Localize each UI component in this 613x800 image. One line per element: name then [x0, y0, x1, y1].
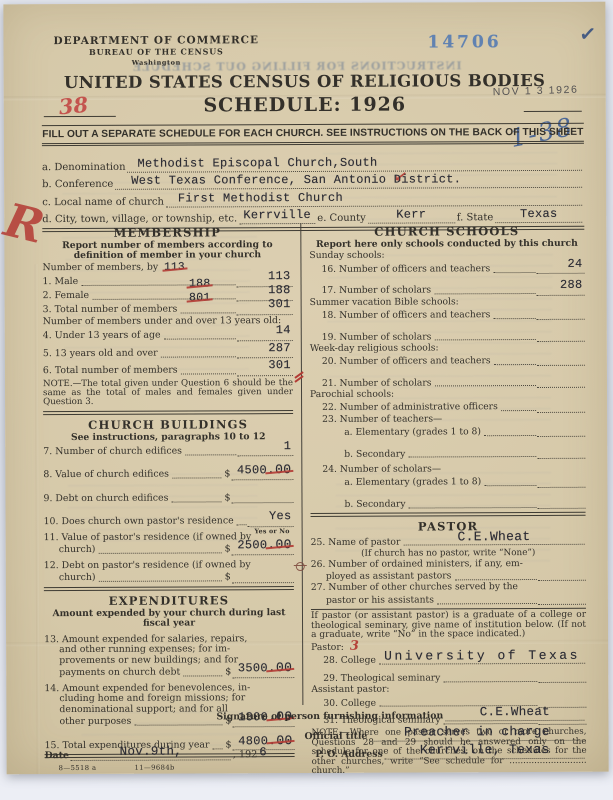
typed-value: First Methodist Church	[178, 190, 343, 205]
row-label: 21. Number of scholars	[322, 378, 432, 389]
form-line: Parochial schools:	[310, 389, 585, 400]
row-label: Sunday schools:	[309, 250, 384, 261]
answer-space: 2500.00	[232, 544, 294, 555]
field-label: c. Local name of church	[42, 196, 164, 208]
form-question: 11. Value of pastor's residence (if owne…	[44, 532, 294, 556]
serial-number-stamp: 14706	[427, 32, 501, 52]
typed-value: 188	[268, 284, 291, 296]
typed-value-main: 3500	[238, 661, 268, 675]
dotted-answer-line: Methodist Episcopal Church,South	[127, 156, 582, 172]
dotted-leader: C.E.Wheat	[403, 534, 584, 546]
answer-space	[231, 492, 293, 503]
section-subtitle: Amount expended by your church during la…	[44, 608, 294, 630]
row-label: payments on church debt	[44, 668, 180, 679]
census-schedule-paper: INSTRUCTIONS FOR FILLING OUT SCHEDULE DE…	[3, 2, 608, 775]
row-label: 16. Number of officers and teachers	[321, 264, 490, 275]
blue-checkmark-icon: ✓	[578, 21, 597, 47]
answer-space	[538, 594, 586, 605]
dotted-leader	[163, 328, 235, 339]
answer-space	[538, 672, 586, 683]
typed-value: Preacher in charge	[369, 724, 584, 740]
form-line: Number of members under and over 13 year…	[43, 316, 293, 328]
form-question: 3. Total number of members301801	[43, 302, 293, 316]
struck-cents: .00	[268, 663, 292, 674]
dollar-sign: $	[225, 667, 231, 678]
form-question: a. Elementary (grades 1 to 8)	[310, 425, 585, 439]
typed-value: Kerrville	[239, 208, 315, 222]
form-question: 27. Number of other churches served by t…	[311, 582, 586, 606]
form-question: 13. Amount expended for salaries, repair…	[44, 634, 294, 679]
typed-value-main: 288	[560, 278, 583, 292]
section-title: EXPENDITURES	[44, 593, 294, 608]
red-handwritten-number: 3	[350, 639, 359, 654]
answer-space: 288	[537, 284, 585, 295]
typed-value: Kerr	[368, 207, 455, 221]
form-question: 22. Number of administrative officers	[310, 400, 585, 414]
form-question: 28. CollegeUniversity of Texas	[311, 653, 586, 667]
hint-text: (If church has no pastor, write “None”)	[311, 547, 586, 558]
section-subtitle: Report number of members according to de…	[42, 240, 292, 262]
answer-space: 14	[237, 330, 293, 341]
row-label: Number of members, by	[42, 262, 158, 274]
row-label: Number of members under and over 13 year…	[43, 315, 281, 327]
double-rule	[43, 410, 293, 415]
typed-value-main: 287	[268, 341, 291, 355]
agency-block: DEPARTMENT OF COMMERCE BUREAU OF THE CEN…	[53, 35, 259, 69]
dotted-leader	[408, 497, 536, 509]
instruction-banner: FILL OUT A SEPARATE SCHEDULE FOR EACH CH…	[42, 123, 584, 144]
typed-value: 4500.00	[237, 465, 291, 476]
row-label: Assistant pastor:	[311, 684, 389, 695]
typed-value: Yes	[269, 510, 292, 522]
typed-value: 301	[268, 359, 291, 371]
form-line: Week-day religious schools:	[310, 342, 585, 353]
row-label: 18. Number of officers and teachers	[322, 310, 491, 321]
dotted-leader	[484, 475, 536, 486]
field-label: b. Conference	[42, 179, 113, 190]
typed-value: 24	[567, 258, 582, 269]
form-row: a. Denomination Methodist Episcopal Chur…	[42, 157, 584, 172]
answer-space	[537, 330, 585, 341]
dotted-leader	[493, 308, 535, 319]
dotted-leader	[183, 665, 222, 676]
row-label: 3. Total number of members	[43, 305, 178, 316]
typed-value-main: 4500	[237, 463, 267, 477]
department-name: DEPARTMENT OF COMMERCE	[53, 35, 259, 47]
typed-value-main: 14	[276, 323, 291, 337]
section-title: CHURCH BUILDINGS	[43, 417, 293, 432]
row-label: 7. Number of church edifices	[43, 446, 182, 457]
church-schools-rows: Sunday schools:16. Number of officers an…	[309, 250, 585, 510]
row-label: pastor or his assistants	[311, 595, 434, 606]
dollar-sign: $	[224, 470, 230, 481]
form-question: 9. Debt on church edifices$	[43, 491, 293, 505]
form-question: 21. Number of scholars	[310, 375, 585, 389]
form-line: Sunday schools:	[309, 250, 584, 261]
form-row: c. Local name of church First Methodist …	[42, 192, 584, 207]
form-body-columns: MEMBERSHIP Report number of members acco…	[42, 222, 586, 706]
instruction-paragraph: If pastor (or assistant pastor) is a gra…	[311, 611, 586, 641]
form-row: b. Conference West Texas Conference, San…	[42, 175, 584, 190]
row-label: 5. 13 years old and over	[43, 348, 158, 359]
field-label: , 192	[233, 749, 257, 760]
answer-space	[537, 426, 585, 437]
row-label: 19. Number of scholars	[322, 332, 432, 343]
paper-crease	[34, 264, 39, 774]
form-question: 7. Number of church edifices1	[43, 444, 293, 458]
typed-value-main: 301	[268, 358, 291, 372]
dotted-leader	[501, 400, 536, 411]
row-label: Pastor:	[311, 642, 344, 653]
dotted-leader	[171, 491, 221, 502]
right-column: CHURCH SCHOOLS Report here only schools …	[301, 222, 586, 705]
typed-value: Methodist Episcopal Church,South	[137, 155, 377, 170]
dotted-leader	[434, 375, 536, 386]
red-tally-mark	[294, 372, 306, 382]
row-label: 29. Theological seminary	[323, 673, 440, 684]
row-label: b. Secondary	[344, 449, 405, 459]
bureau-name: BUREAU OF THE CENSUS	[54, 46, 260, 58]
row-label: Week-day religious schools:	[310, 342, 439, 354]
row-label: 6. Total number of members	[43, 366, 178, 377]
form-question: 16. Number of officers and teachers24	[309, 261, 584, 275]
typed-value: West Texas Conference, San Antonio Distr…	[131, 172, 461, 187]
form-question: 10. Does church own pastor's residenceYe…	[44, 514, 294, 528]
bureau-city: Washington	[54, 57, 260, 69]
typed-value-main: 113	[268, 269, 291, 283]
left-column: MEMBERSHIP Report number of members acco…	[42, 223, 303, 706]
dollar-sign: $	[224, 493, 230, 504]
dotted-leader: University of Texas	[379, 653, 585, 665]
membership-rows: Number of members, by1131. Male1132. Fem…	[42, 262, 292, 377]
field-label: Date	[45, 750, 69, 761]
form-question: 2. Female188188	[43, 288, 293, 302]
answer-space: 287	[237, 347, 293, 358]
section-title: CHURCH SCHOOLS	[309, 224, 584, 239]
typed-value: 301	[268, 298, 291, 310]
section-subtitle: See instructions, paragraphs 10 to 12	[43, 432, 293, 443]
typed-value: 3500.00	[238, 663, 292, 674]
answer-space: 4500.00	[231, 469, 293, 480]
dotted-leader	[437, 593, 537, 604]
answer-space: 24	[536, 263, 584, 274]
answer-space: 301	[237, 365, 293, 376]
struck-typo: 188	[189, 280, 211, 291]
dotted-leader	[454, 569, 536, 580]
dotted-leader	[408, 446, 536, 458]
double-rule	[311, 512, 586, 517]
dotted-answer-line: C.E.Wheat	[445, 707, 584, 722]
dotted-leader	[493, 261, 535, 272]
form-question: a. Elementary (grades 1 to 8)	[310, 475, 585, 489]
row-label: ployed as assistant pastors	[311, 572, 452, 583]
typed-value: 14	[276, 324, 291, 336]
form-question: 6. Total number of members301	[43, 363, 293, 377]
margin-circle-mark	[296, 562, 305, 571]
field-label: P. O. Address	[315, 749, 383, 760]
dotted-answer-line: Nov.9th,	[71, 746, 231, 761]
form-question: 1. Male113	[43, 274, 293, 288]
dotted-leader	[172, 468, 221, 479]
answer-space	[537, 401, 585, 412]
signature-block: Signature of person furnishing informati…	[44, 701, 586, 772]
dotted-leader	[98, 543, 221, 555]
typed-value: 287	[268, 342, 291, 354]
section-subtitle: Report here only schools conducted by th…	[309, 239, 584, 250]
typed-value: 113	[268, 270, 291, 282]
row-label: 1. Male	[43, 277, 79, 288]
form-row: Official title Preacher in charge	[44, 728, 586, 743]
field-label: a. Denomination	[42, 161, 126, 172]
row-label: b. Secondary	[344, 499, 405, 509]
typed-value: 288	[560, 279, 583, 290]
answer-space	[537, 476, 585, 487]
row-label: church)	[44, 573, 96, 584]
dotted-leader	[185, 444, 236, 455]
dollar-sign: $	[225, 545, 231, 556]
form-line: 23. Number of teachers—	[310, 413, 585, 424]
answer-space	[537, 377, 585, 388]
answer-space: YesYes or No	[248, 516, 294, 527]
typed-value: 6	[259, 745, 267, 759]
typed-value-main: 24	[567, 257, 582, 271]
form-question: b. Secondary	[310, 446, 585, 460]
church-buildings-rows: 7. Number of church edifices18. Value of…	[43, 444, 294, 584]
form-row: Date Nov.9th, , 192 6 P. O. Address Kerr…	[45, 746, 587, 761]
field-label: Signature of person furnishing informati…	[216, 710, 443, 722]
struck-cents: .00	[267, 540, 291, 551]
form-question: 29. Theological seminary	[311, 670, 586, 684]
scanned-census-form-photo: { "photo": { "ghost_header": "INSTRUCTIO…	[0, 0, 613, 800]
struck-cents: .00	[267, 465, 291, 476]
answer-space	[537, 448, 585, 459]
form-question: 18. Number of officers and teachers	[310, 307, 585, 321]
row-label: 20. Number of officers and teachers	[322, 356, 491, 367]
church-buildings-section: CHURCH BUILDINGS See instructions, parag…	[43, 417, 294, 584]
row-label: 4. Under 13 years of age	[43, 331, 161, 342]
answer-space: 1	[237, 445, 293, 456]
row-label: 22. Number of administrative officers	[322, 403, 498, 414]
dotted-leader	[99, 571, 222, 583]
dotted-leader	[92, 288, 236, 300]
form-code: 8—5518 a	[59, 763, 97, 771]
form-question: 8. Value of church edifices$4500.00	[43, 467, 293, 481]
dotted-leader	[237, 515, 247, 526]
answer-space	[538, 570, 586, 581]
dotted-leader	[443, 671, 537, 682]
row-label: Parochial schools:	[310, 389, 394, 400]
form-line: Number of members, by113	[42, 262, 292, 274]
typed-value: Texas	[495, 207, 582, 221]
form-line: Assistant pastor:	[311, 684, 586, 695]
row-label: a. Elementary (grades 1 to 8)	[344, 427, 481, 438]
answer-space	[537, 355, 585, 366]
dotted-answer-line: Preacher in charge	[369, 727, 584, 742]
dotted-leader	[484, 425, 536, 436]
answer-space	[232, 572, 294, 583]
typed-value: 2500.00	[237, 540, 291, 551]
double-rule	[44, 586, 294, 591]
form-question: 20. Number of officers and teachers	[310, 354, 585, 368]
row-label: 17. Number of scholars	[322, 286, 432, 297]
form-question: 26. Number of ordained ministers, if any…	[311, 558, 586, 582]
row-label: 28. College	[323, 656, 376, 666]
dotted-leader	[161, 346, 236, 357]
section-title: MEMBERSHIP	[42, 225, 292, 240]
form-question: 17. Number of scholars288	[310, 283, 585, 297]
answer-space	[537, 309, 585, 320]
form-line: 24. Number of scholars—	[310, 464, 585, 475]
typed-value: C.E.Wheat	[403, 532, 584, 543]
form-row: Signature of person furnishing informati…	[44, 708, 586, 723]
typed-value: C.E.Wheat	[445, 705, 584, 720]
answer-space: 301	[237, 304, 293, 315]
dotted-leader	[494, 354, 536, 365]
row-label: 2. Female	[43, 291, 90, 302]
dotted-answer-line: Kerrville, Texas	[385, 745, 585, 760]
typed-value-main: 188	[268, 283, 291, 297]
row-label: 23. Number of teachers—	[322, 413, 442, 425]
dotted-answer-line: First Methodist Church	[166, 191, 582, 207]
typed-value-main: 301	[268, 297, 291, 311]
row-label: 10. Does church own pastor's residence	[44, 517, 234, 528]
form-code: 11—9684b	[134, 763, 174, 771]
dotted-answer-line: West Texas Conference, San Antonio Distr…	[115, 174, 582, 190]
row-label: 8. Value of church edifices	[43, 470, 169, 481]
answer-space	[537, 498, 585, 509]
row-label: 9. Debt on church edifices	[43, 493, 168, 504]
row-label: 25. Name of pastor	[311, 537, 401, 548]
form-question: 25. Name of pastorC.E.Wheat	[311, 534, 586, 548]
dotted-leader	[434, 283, 536, 294]
typed-value: 1	[284, 440, 292, 452]
typed-value-main: 2500	[237, 538, 267, 552]
row-label: 24. Number of scholars—	[322, 463, 441, 475]
row-label: Summer vacation Bible schools:	[310, 296, 459, 308]
red-handwritten-number: 38	[58, 92, 89, 120]
form-line: Summer vacation Bible schools:	[310, 296, 585, 307]
row-label: church)	[44, 545, 96, 556]
form-question: 12. Debt on pastor's residence (if owned…	[44, 560, 294, 584]
membership-section: MEMBERSHIP Report number of members acco…	[42, 225, 293, 408]
struck-typo: 801	[189, 294, 211, 305]
dotted-leader	[181, 363, 236, 374]
struck-typo: 113	[164, 263, 185, 274]
note-text: NOTE.—The total given under Question 6 s…	[43, 379, 293, 408]
field-label: Official title	[304, 731, 367, 742]
typed-value: University of Texas	[379, 651, 585, 662]
row-label: a. Elementary (grades 1 to 8)	[344, 478, 481, 489]
form-question: 19. Number of scholars	[310, 329, 585, 343]
answer-space: 3500.00	[232, 667, 294, 678]
answer-space: 6	[257, 748, 269, 760]
form-question: 5. 13 years old and over287	[43, 346, 293, 360]
typed-value: Kerrville, Texas	[385, 742, 585, 758]
typed-value: Nov.9th,	[71, 744, 231, 759]
church-schools-section: CHURCH SCHOOLS Report here only schools …	[309, 224, 585, 510]
form-question: b. Secondary	[310, 496, 585, 510]
dollar-sign: $	[225, 573, 231, 584]
typed-value-main: Yes	[269, 509, 292, 523]
typed-value-main: 1	[284, 439, 292, 453]
dotted-leader	[81, 274, 235, 286]
dotted-leader	[434, 329, 536, 340]
form-question: 4. Under 13 years of age14	[43, 328, 293, 342]
